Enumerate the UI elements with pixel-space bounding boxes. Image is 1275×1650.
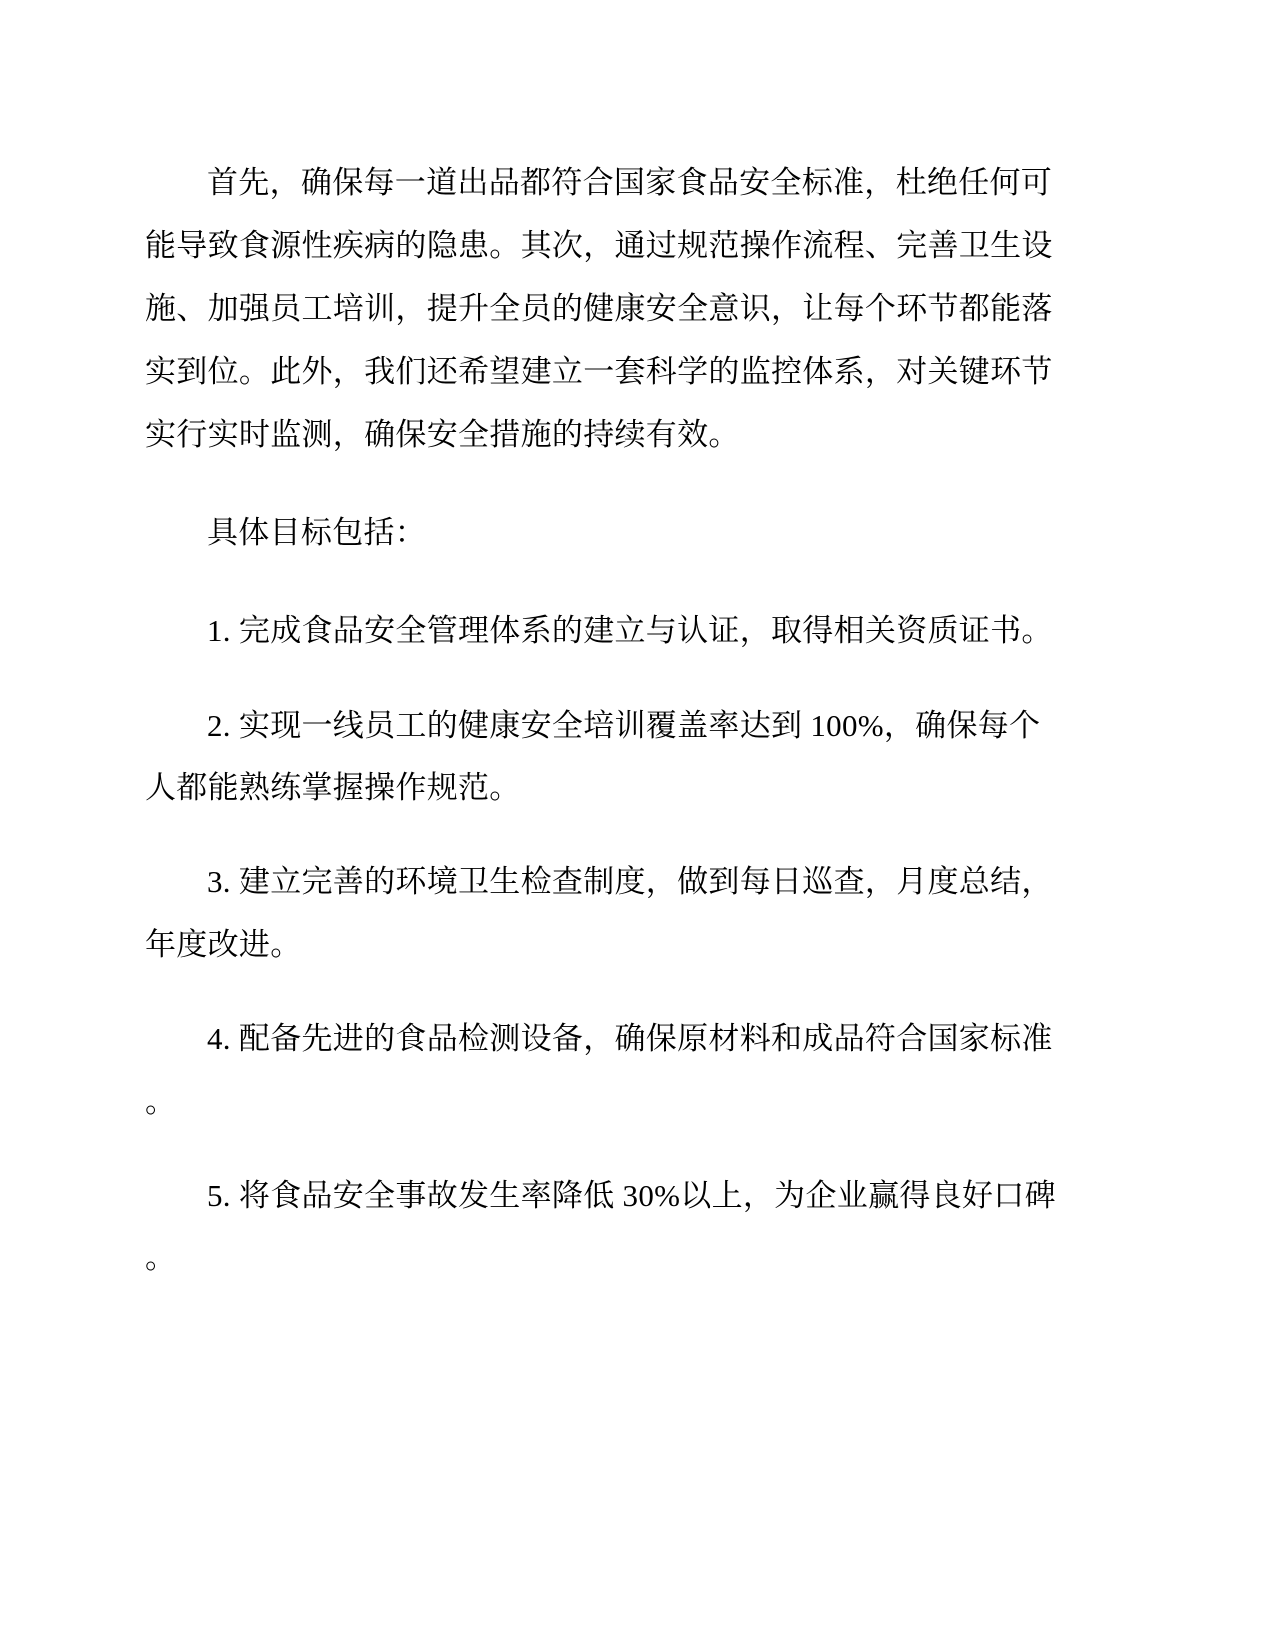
goal-4-line-1: 4. 配备先进的食品检测设备，确保原材料和成品符合国家标准 (207, 1019, 1053, 1059)
goal-3-line-1: 3. 建立完善的环境卫生检查制度，做到每日巡查，月度总结， (207, 862, 1053, 902)
intro-line-3: 施、加强员工培训，提升全员的健康安全意识，让每个环节都能落 (145, 289, 1053, 329)
intro-line-4: 实到位。此外，我们还希望建立一套科学的监控体系，对关键环节 (145, 352, 1053, 392)
goal-5-line-1: 5. 将食品安全事故发生率降低 30%以上，为企业赢得良好口碑 (207, 1176, 1056, 1216)
goal-5-line-2: 。 (145, 1238, 176, 1278)
goals-heading: 具体目标包括： (207, 513, 426, 553)
goal-4-line-2: 。 (145, 1082, 176, 1122)
goal-2-line-1: 2. 实现一线员工的健康安全培训覆盖率达到 100%，确保每个 (207, 706, 1040, 746)
goal-1-line-1: 1. 完成食品安全管理体系的建立与认证，取得相关资质证书。 (207, 611, 1053, 651)
intro-line-2: 能导致食源性疾病的隐患。其次，通过规范操作流程、完善卫生设 (145, 226, 1053, 266)
goal-2-line-2: 人都能熟练掌握操作规范。 (145, 768, 521, 808)
document-page: 首先，确保每一道出品都符合国家食品安全标准，杜绝任何可 能导致食源性疾病的隐患。… (0, 0, 1275, 1650)
intro-line-1: 首先，确保每一道出品都符合国家食品安全标准，杜绝任何可 (207, 163, 1052, 203)
intro-line-5: 实行实时监测，确保安全措施的持续有效。 (145, 415, 740, 455)
goal-3-line-2: 年度改进。 (145, 925, 302, 965)
